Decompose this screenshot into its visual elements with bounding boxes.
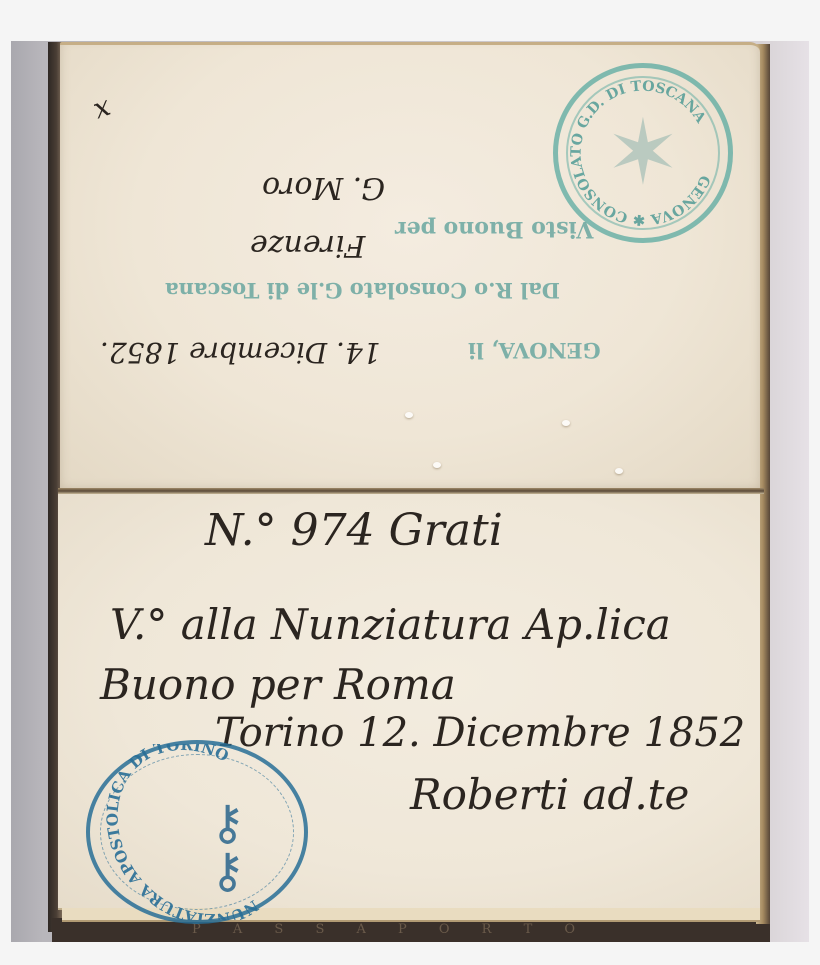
paper-blemish [433,462,441,468]
printed-consulate-header: Dal R.o Consolato G.le di Toscana [165,278,560,303]
visa-date: 14. Dicembre 1852. [100,336,381,369]
official-signature: Roberti ad.te [410,770,689,819]
cover-emboss-text: P A S S A P O R T O [192,922,589,937]
consul-signature: G. Moro [262,170,385,205]
svg-text:GENOVA ✱ CONSOLATO G.D. DI TOS: GENOVA ✱ CONSOLATO G.D. DI TOSCANA [558,68,728,238]
nunciature-visa-line: V.° alla Nunziatura Ap.lica [110,600,671,649]
buono-per-roma-line: Buono per Roma [100,660,456,709]
printed-place-genova: GENOVA, li [468,338,601,363]
stamp-ring-text: GENOVA ✱ CONSOLATO G.D. DI TOSCANA [558,68,728,238]
paper-blemish [405,412,413,418]
stamp-ring-text: NUNZIATURA APOSTOLICA DI TORINO [90,744,304,920]
visa-number-line: N.° 974 Grati [205,505,503,556]
visto-buono-per: Visto Buono per [395,216,593,242]
nunciature-torino-stamp: ⚷⚷ NUNZIATURA APOSTOLICA DI TORINO [86,740,308,924]
paper-blemish [562,420,570,426]
destination-firenze: Firenze [250,228,365,263]
paper-blemish [615,468,623,474]
svg-text:NUNZIATURA APOSTOLICA DI TORIN: NUNZIATURA APOSTOLICA DI TORINO [90,744,304,920]
